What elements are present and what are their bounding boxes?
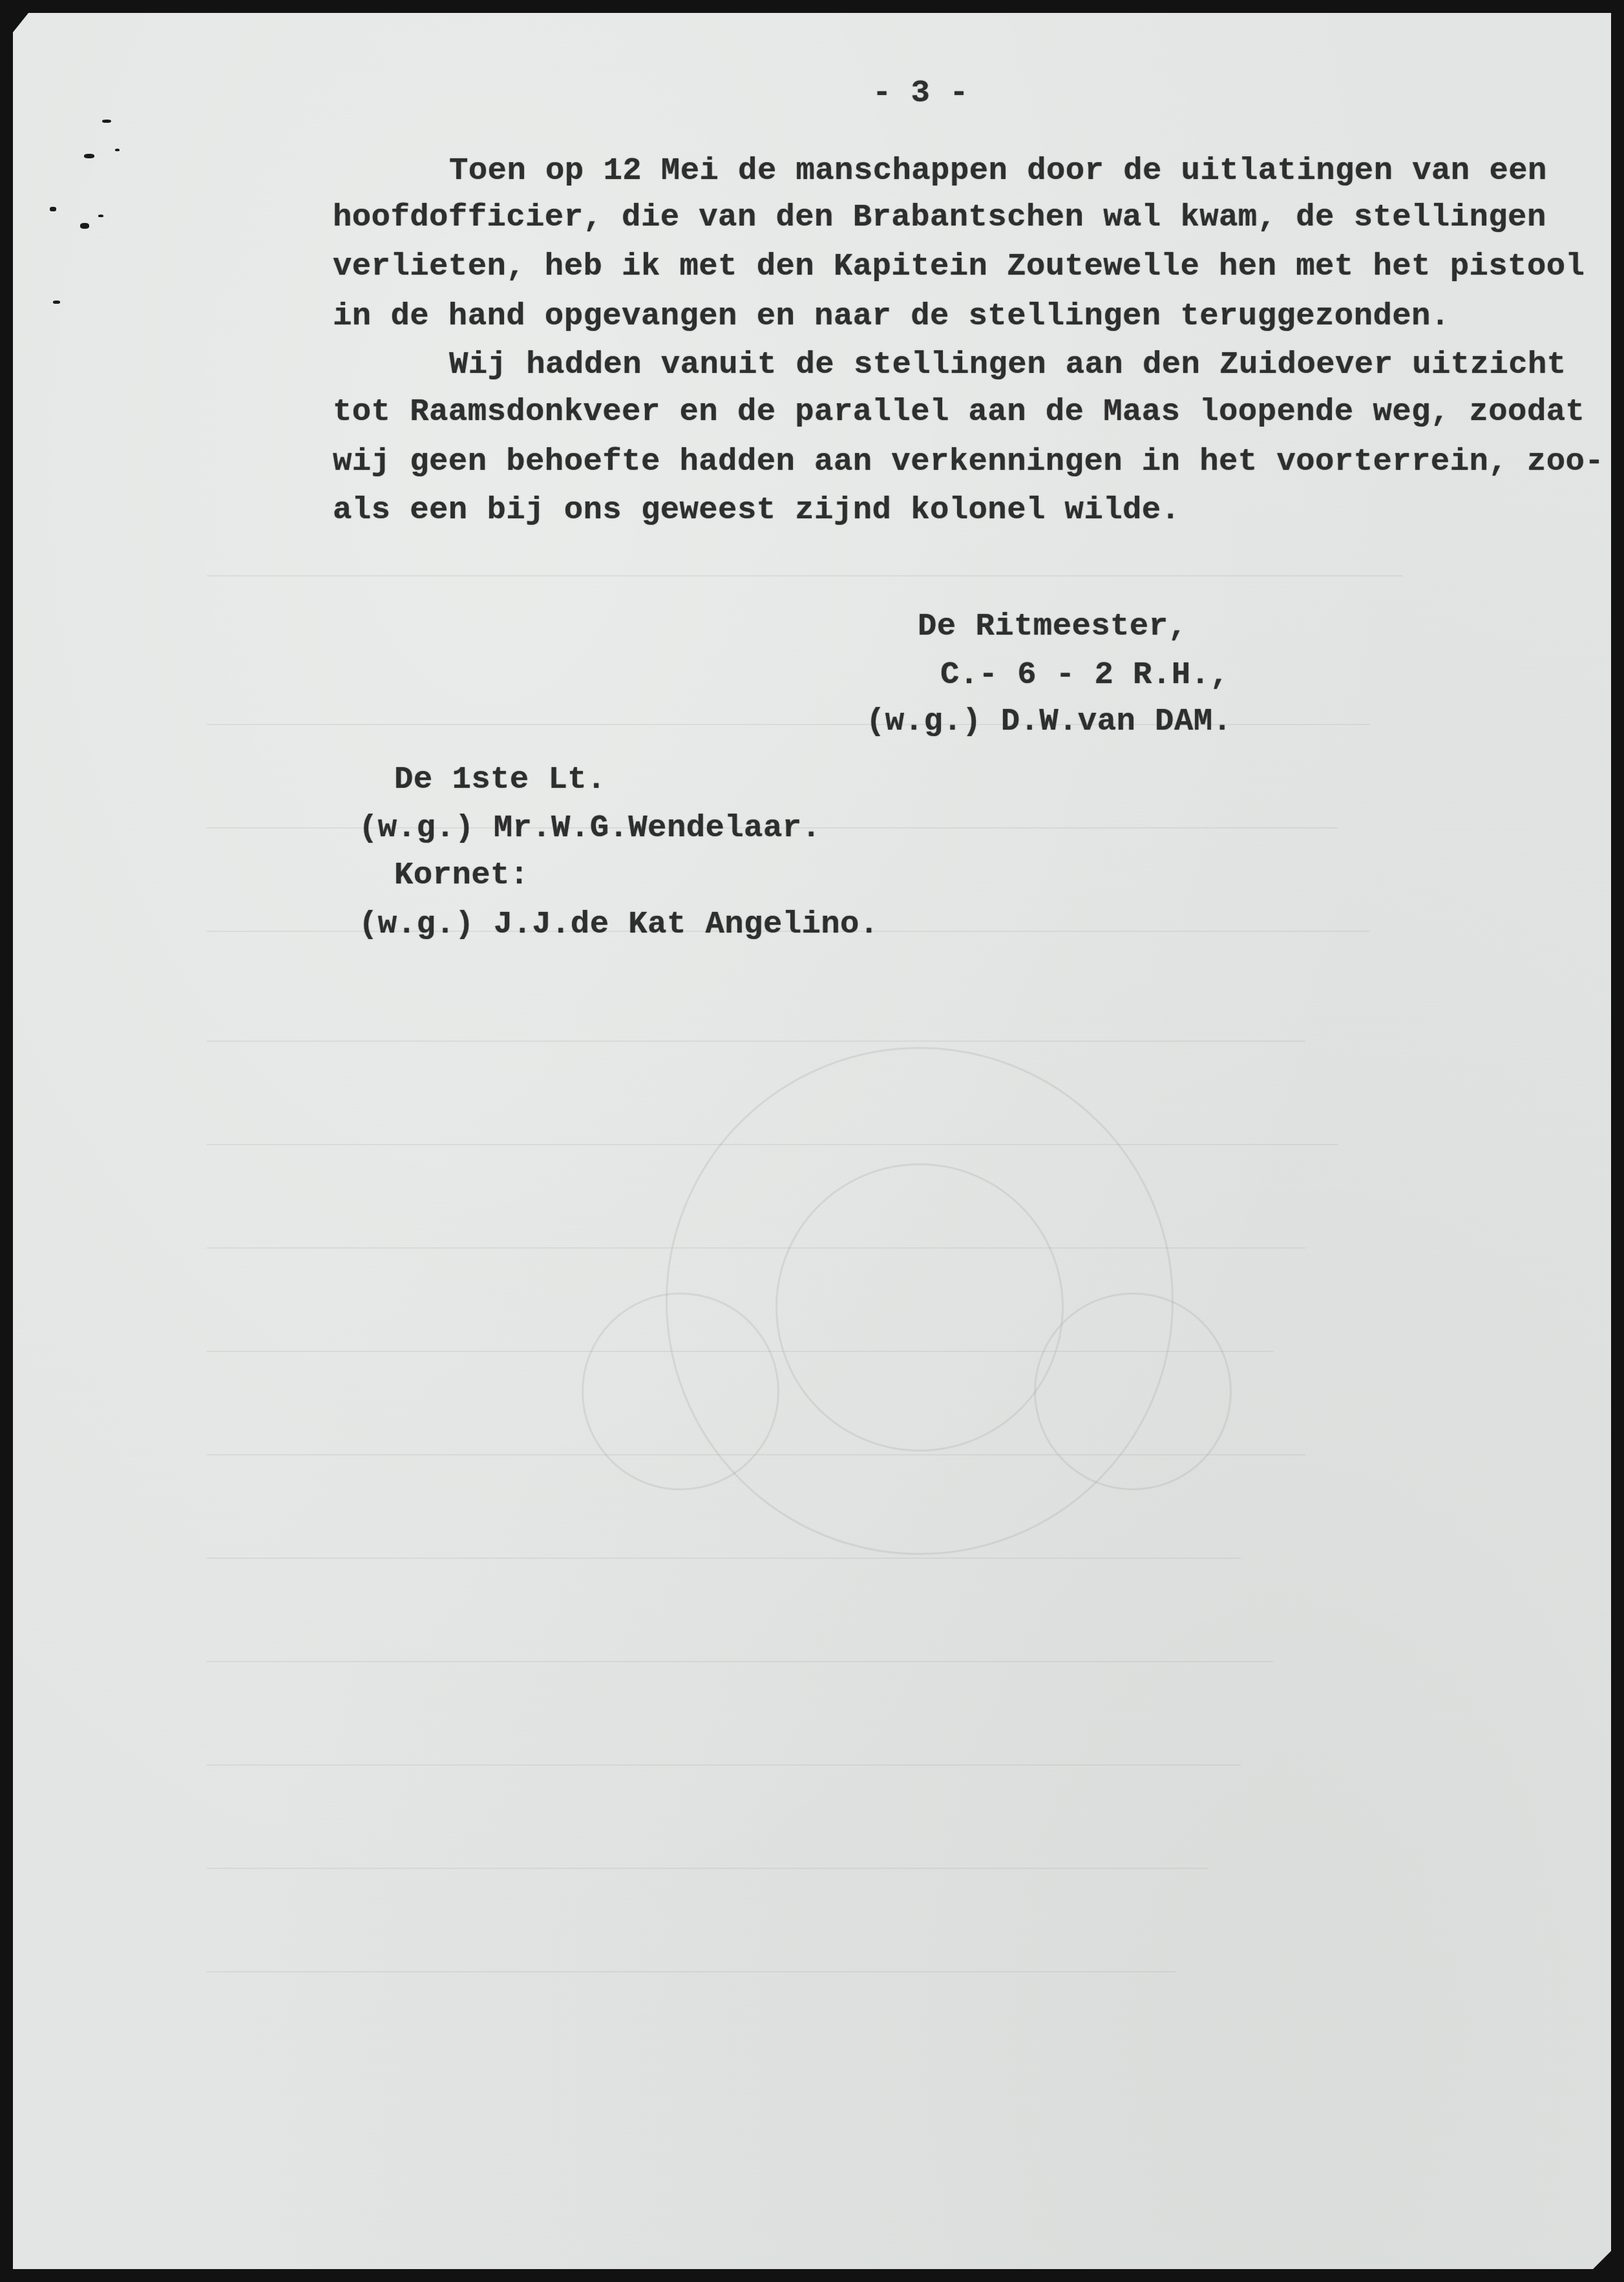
document-page: - 3 - Toen op 12 Mei de manschappen door… [13,13,1611,2269]
bleed-through-text [207,1351,1273,1352]
paragraph-line: hoofdofficier, die van den Brabantschen … [333,202,1546,233]
paragraph-line: Wij hadden vanuit de stellingen aan den … [449,349,1566,381]
bleed-through-text [207,1558,1241,1559]
bleed-through-text [207,575,1402,576]
paragraph-line: in de hand opgevangen en naar de stellin… [333,301,1450,332]
paragraph-line: tot Raamsdonkveer en de parallel aan de … [333,396,1585,428]
signature-rank-lieutenant: De 1ste Lt. [394,764,606,796]
page-number: - 3 - [872,78,969,109]
bleed-through-text [207,1661,1273,1662]
signature-unit: C.- 6 - 2 R.H., [940,659,1229,691]
signature-rank-kornet: Kornet: [394,860,529,891]
page-corner-fold [1593,2251,1611,2269]
margin-speck [115,149,120,151]
bleed-through-text [207,1764,1241,1766]
paragraph-line: wij geen behoefte hadden aan verkenninge… [333,446,1604,478]
margin-speck [98,215,103,217]
margin-speck [53,301,60,304]
page-corner-fold [13,13,28,32]
bleed-through-stamp [582,1293,779,1490]
signature-name: (w.g.) D.W.van DAM. [866,706,1232,737]
signature-name-wendelaar: (w.g.) Mr.W.G.Wendelaar. [359,812,821,844]
paragraph-line: als een bij ons geweest zijnd kolonel wi… [333,494,1180,526]
paragraph-line: Toen op 12 Mei de manschappen door de ui… [449,155,1547,187]
bleed-through-stamp [775,1163,1064,1452]
margin-speck [102,120,111,123]
signature-title: De Ritmeester, [918,611,1187,642]
margin-speck [80,223,89,229]
bleed-through-text [207,1454,1305,1455]
paragraph-line: verlieten, heb ik met den Kapitein Zoute… [333,251,1585,282]
bleed-through-text [207,1144,1338,1145]
bleed-through-text [207,1971,1176,1972]
bleed-through-text [207,1868,1208,1869]
margin-speck [50,207,56,211]
signature-name-angelino: (w.g.) J.J.de Kat Angelino. [359,909,879,940]
bleed-through-text [207,1041,1305,1042]
margin-speck [84,154,94,158]
bleed-through-stamp [1034,1293,1232,1490]
bleed-through-text [207,1247,1305,1249]
